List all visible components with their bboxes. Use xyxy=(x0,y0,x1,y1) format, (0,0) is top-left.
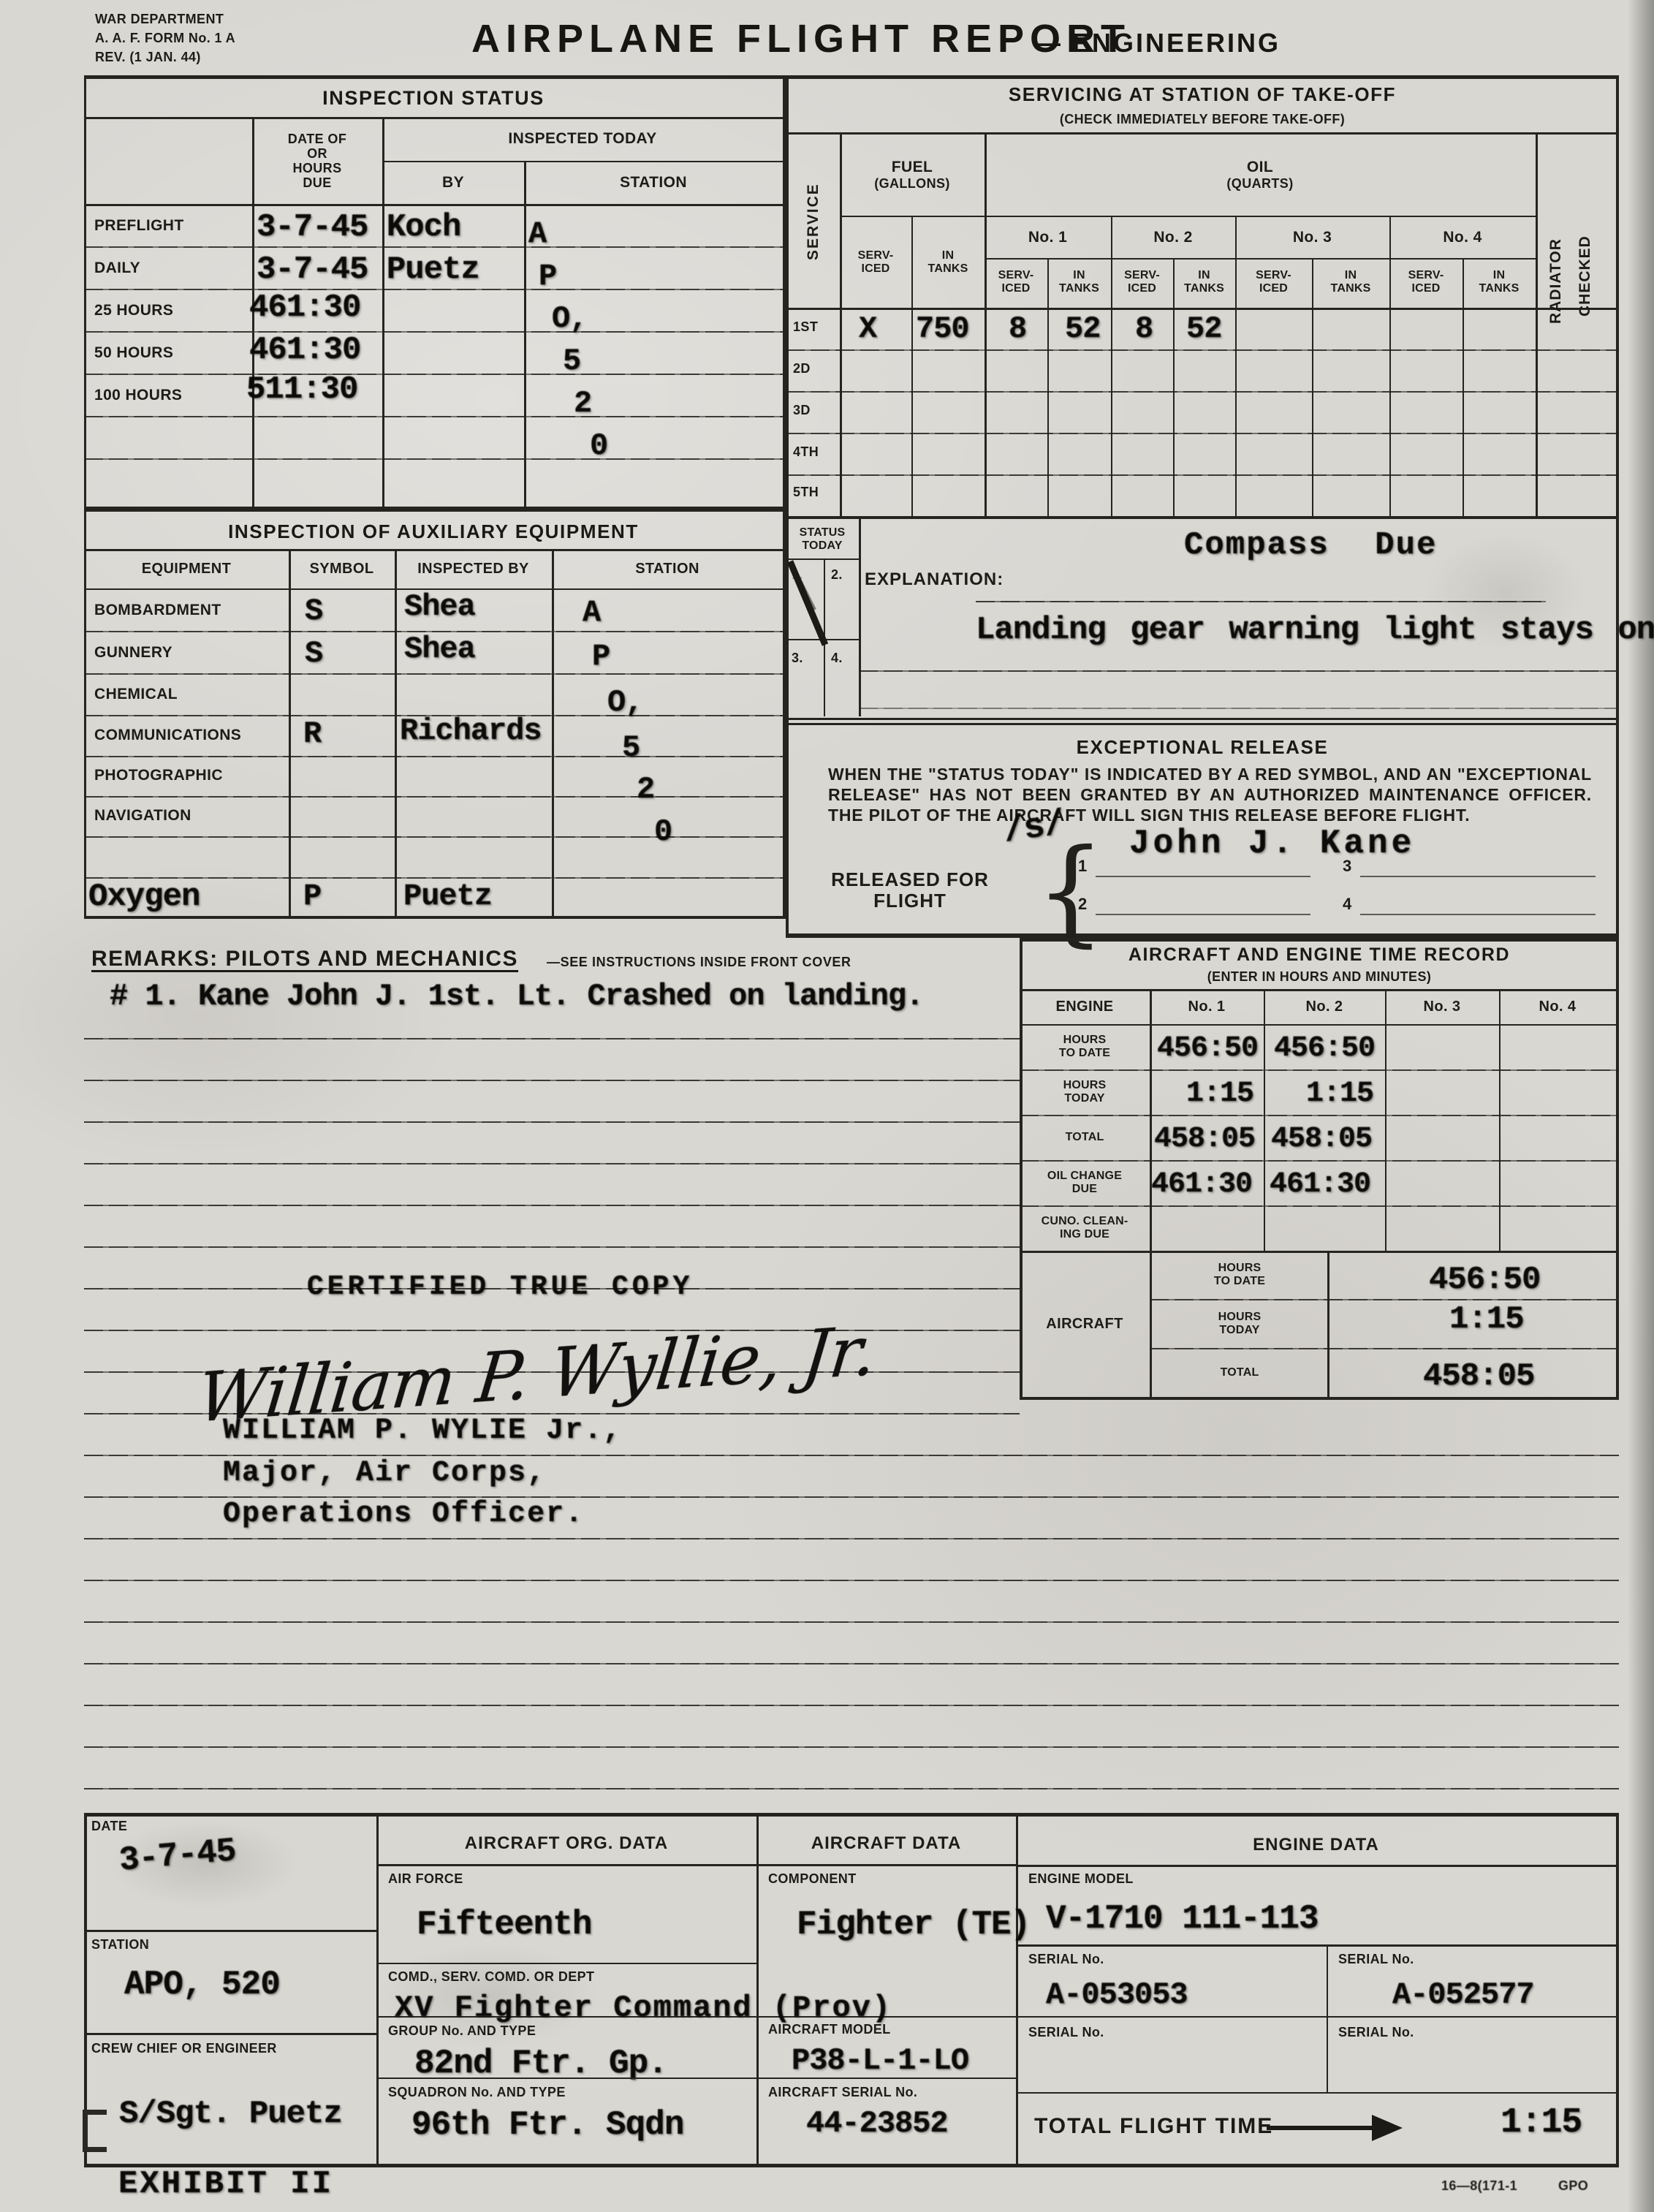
oil-no1-header: No. 1 xyxy=(985,219,1111,257)
station-label: STATION xyxy=(91,1937,149,1952)
aux-station-vertical-letter: P xyxy=(592,641,610,672)
engine-serial-4-label: SERIAL No. xyxy=(1338,2025,1414,2039)
engine-serial-2-label: SERIAL No. xyxy=(1338,1952,1414,1966)
certifier-rank: Major, Air Corps, xyxy=(223,1459,546,1488)
arrow-right-icon xyxy=(1372,2115,1403,2141)
station-vertical-letter: 0 xyxy=(590,431,607,461)
aux-station-vertical-letter: 5 xyxy=(622,732,640,763)
dept-line-3: REV. (1 JAN. 44) xyxy=(95,50,201,64)
row-label-50-hours: 50 HOURS xyxy=(94,344,173,362)
fuel-serviced-header: SERV-ICED xyxy=(840,221,911,303)
aux-header-station: STATION xyxy=(552,549,783,588)
aux-inspected-by-entry: Shea xyxy=(404,634,475,664)
total-flight-time-entry: 1:15 xyxy=(1501,2105,1582,2140)
oil1-serviced-header: SERV-ICED xyxy=(985,260,1047,305)
exceptional-release-body: WHEN THE "STATUS TODAY" IS INDICATED BY … xyxy=(828,764,1592,825)
air-force-label: AIR FORCE xyxy=(388,1871,463,1886)
corner-bracket-mark xyxy=(83,2110,107,2152)
comd-entry: XV Fighter Command (Prov) xyxy=(395,1993,892,2023)
total-engine2: 458:05 xyxy=(1271,1125,1372,1154)
arrow-right-icon xyxy=(1267,2126,1376,2130)
time-record-title: AIRCRAFT AND ENGINE TIME RECORD xyxy=(1020,944,1619,967)
release-line-4-number: 4 xyxy=(1343,895,1352,914)
aux-row-communications: COMMUNICATIONS xyxy=(94,727,241,744)
hours-to-date-engine1: 456:50 xyxy=(1157,1034,1258,1064)
explanation-label: EXPLANATION: xyxy=(865,570,1004,590)
oil2-serviced-entry: 8 xyxy=(1135,314,1153,344)
aux-row-navigation: NAVIGATION xyxy=(94,807,191,825)
row-hours-today-label: HOURSTODAY xyxy=(1020,1069,1150,1115)
aux-symbol-entry: P xyxy=(303,881,321,912)
aircraft-total-value: 458:05 xyxy=(1423,1360,1534,1393)
service-row-4th: 4TH xyxy=(793,444,819,459)
engine-serial-2-entry: A-052577 xyxy=(1392,1980,1534,2010)
form-page: WAR DEPARTMENT A. A. F. FORM No. 1 A REV… xyxy=(0,0,1654,2212)
aux-row-bombardment: BOMBARDMENT xyxy=(94,602,221,619)
col-header-inspected-today: INSPECTED TODAY xyxy=(382,117,783,161)
release-line-2-number: 2 xyxy=(1078,895,1088,914)
row-hours-to-date-label: HOURSTO DATE xyxy=(1020,1024,1150,1069)
aux-header-inspected-by: INSPECTED BY xyxy=(395,549,552,588)
row-cuno-cleaning-due-label: CUNO. CLEAN-ING DUE xyxy=(1020,1205,1150,1251)
engine-no2-header: No. 2 xyxy=(1264,989,1385,1024)
squadron-entry: 96th Ftr. Sqdn xyxy=(411,2108,683,2142)
oil3-in-tanks-header: INTANKS xyxy=(1312,260,1389,305)
station-vertical-letter: 5 xyxy=(563,346,580,376)
aux-row-chemical: CHEMICAL xyxy=(94,686,178,703)
scan-edge-shadow xyxy=(1628,0,1654,2212)
servicing-title: SERVICING AT STATION OF TAKE-OFF xyxy=(786,81,1619,107)
status-today-title: STATUSTODAY xyxy=(786,522,859,557)
aux-station-vertical-letter: 0 xyxy=(654,817,672,847)
exceptional-release-title: EXCEPTIONAL RELEASE xyxy=(786,735,1619,760)
signed-prefix: /s/ xyxy=(1001,806,1066,849)
time-record-table: AIRCRAFT AND ENGINE TIME RECORD (ENTER I… xyxy=(1020,938,1619,1400)
aux-row-photographic: PHOTOGRAPHIC xyxy=(94,767,223,784)
service-row-1st: 1ST xyxy=(793,319,818,334)
station-vertical-letter: A xyxy=(528,219,546,249)
aircraft-hours-to-date-value: 456:50 xyxy=(1429,1264,1540,1296)
exhibit-note: EXHIBIT II xyxy=(118,2168,333,2200)
engine-no3-header: No. 3 xyxy=(1385,989,1499,1024)
aux-header-equipment: EQUIPMENT xyxy=(84,549,289,588)
gpo-mark: GPO xyxy=(1558,2178,1588,2193)
remarks-subtitle: —SEE INSTRUCTIONS INSIDE FRONT COVER xyxy=(547,955,851,969)
aux-row-gunnery: GUNNERY xyxy=(94,644,172,662)
aircraft-hours-to-date-label: HOURSTO DATE xyxy=(1152,1251,1327,1299)
pilot-signature: John J. Kane xyxy=(1129,827,1415,860)
group-label: GROUP No. AND TYPE xyxy=(388,2023,536,2038)
service-row-3d: 3D xyxy=(793,403,811,417)
aux-inspected-by-entry: Puetz xyxy=(403,881,492,912)
row-total-label: TOTAL xyxy=(1020,1115,1150,1160)
status-today-section: STATUSTODAY 1. 2. 3. 4. EXPLANATION: Com… xyxy=(786,519,1619,726)
engine-serial-3-label: SERIAL No. xyxy=(1028,2025,1104,2039)
row-label-25-hours: 25 HOURS xyxy=(94,302,173,319)
squadron-label: SQUADRON No. AND TYPE xyxy=(388,2085,566,2099)
row-label-preflight: PREFLIGHT xyxy=(94,217,184,235)
oil4-in-tanks-header: INTANKS xyxy=(1463,260,1536,305)
print-code: 16—8(171-1 xyxy=(1441,2178,1517,2193)
page-title: AIRPLANE FLIGHT REPORT xyxy=(471,16,1131,61)
aux-symbol-entry: S xyxy=(305,596,322,626)
exceptional-release-section: EXCEPTIONAL RELEASE WHEN THE "STATUS TOD… xyxy=(786,726,1619,938)
oil2-in-tanks-entry: 52 xyxy=(1186,314,1221,344)
engine-model-label: ENGINE MODEL xyxy=(1028,1871,1134,1886)
station-vertical-letter: O, xyxy=(552,303,587,334)
aircraft-serial-entry: 44-23852 xyxy=(806,2108,948,2139)
crew-chief-label: CREW CHIEF OR ENGINEER xyxy=(91,2041,277,2056)
station-vertical-letter: P xyxy=(539,261,556,292)
col-header-station: STATION xyxy=(524,161,783,204)
inspection-status-title: INSPECTION STATUS xyxy=(84,83,783,115)
remarks-entry: # 1. Kane John J. 1st. Lt. Crashed on la… xyxy=(110,981,923,1012)
certifier-role: Operations Officer. xyxy=(223,1500,584,1529)
oil-no3-header: No. 3 xyxy=(1235,219,1389,257)
dept-line-1: WAR DEPARTMENT xyxy=(95,12,224,26)
25-hours-entry: 461:30 xyxy=(249,292,360,324)
oil3-serviced-header: SERV-ICED xyxy=(1235,260,1312,305)
service-row-5th: 5TH xyxy=(793,485,819,499)
station-vertical-letter: 2 xyxy=(574,388,591,419)
release-line-1-number: 1 xyxy=(1078,857,1088,876)
inspection-status-table: INSPECTION STATUS DATE OF OR HOURS DUE I… xyxy=(84,75,786,510)
release-line-3-number: 3 xyxy=(1343,857,1352,876)
aircraft-model-entry: P38-L-1-LO xyxy=(792,2045,968,2076)
oil2-in-tanks-header: INTANKS xyxy=(1173,260,1235,305)
radiator-checked-label: RADIATOR xyxy=(1547,148,1565,324)
org-data-header: AIRCRAFT ORG. DATA xyxy=(376,1826,756,1861)
date-label: DATE xyxy=(91,1819,127,1833)
brace-icon: { xyxy=(1036,834,1105,950)
time-record-subtitle: (ENTER IN HOURS AND MINUTES) xyxy=(1020,967,1619,986)
comd-label: COMD., SERV. COMD. OR DEPT xyxy=(388,1969,594,1984)
aux-header-symbol: SYMBOL xyxy=(289,549,395,588)
bottom-data-table: DATE 3-7-45 STATION APO, 520 CREW CHIEF … xyxy=(84,1813,1619,2167)
aux-row-oxygen-entry: Oxygen xyxy=(88,881,200,913)
certifier-name: WILLIAM P. WYLIE Jr., xyxy=(223,1417,622,1446)
row-label-100-hours: 100 HOURS xyxy=(94,387,182,404)
engine-no1-header: No. 1 xyxy=(1150,989,1264,1024)
aircraft-total-label: TOTAL xyxy=(1152,1348,1327,1397)
row-label-daily: DAILY xyxy=(94,260,140,277)
daily-entry: 3-7-45 Puetz xyxy=(257,254,479,286)
group-entry: 82nd Ftr. Gp. xyxy=(414,2047,667,2080)
total-engine1: 458:05 xyxy=(1154,1125,1255,1154)
air-force-entry: Fifteenth xyxy=(417,1908,591,1942)
component-label: COMPONENT xyxy=(768,1871,857,1886)
crew-chief-entry: S/Sgt. Puetz xyxy=(119,2098,342,2130)
engine-col-label: ENGINE xyxy=(1020,989,1150,1024)
row-oil-change-due-label: OIL CHANGEDUE xyxy=(1020,1160,1150,1205)
aircraft-serial-label: AIRCRAFT SERIAL No. xyxy=(768,2085,917,2099)
date-entry: 3-7-45 xyxy=(118,1834,237,1878)
station-entry: APO, 520 xyxy=(124,1968,280,2001)
oil1-serviced-entry: 8 xyxy=(1009,314,1026,344)
aircraft-hours-today-value: 1:15 xyxy=(1449,1303,1524,1336)
explanation-entry-2: Landing gear warning light stays on. xyxy=(976,614,1654,646)
aux-inspected-by-entry: Richards xyxy=(400,716,542,746)
engine-serial-1-label: SERIAL No. xyxy=(1028,1952,1104,1966)
aux-station-vertical-letter: O, xyxy=(607,687,642,718)
fuel-header: FUEL (GALLONS) xyxy=(840,143,985,207)
100-hours-entry: 511:30 xyxy=(246,374,357,406)
hours-today-engine2: 1:15 xyxy=(1306,1080,1373,1109)
certified-true-copy: CERTIFIED TRUE COPY xyxy=(307,1273,693,1301)
engine-data-header: ENGINE DATA xyxy=(1016,1829,1616,1861)
oil-no2-header: No. 2 xyxy=(1111,219,1235,257)
dept-line-2: A. A. F. FORM No. 1 A xyxy=(95,31,235,45)
aux-inspected-by-entry: Shea xyxy=(404,591,475,622)
oil2-serviced-header: SERV-ICED xyxy=(1111,260,1173,305)
page-title-suffix: — ENGINEERING xyxy=(1034,28,1281,58)
aux-symbol-entry: R xyxy=(303,719,321,749)
aircraft-block-label: AIRCRAFT xyxy=(1020,1251,1150,1397)
service-column-label: SERVICE xyxy=(792,141,835,302)
oil1-in-tanks-entry: 52 xyxy=(1065,314,1100,344)
status-slash-mark xyxy=(786,558,859,716)
fuel-in-tanks-header: INTANKS xyxy=(911,221,985,303)
hours-today-engine1: 1:15 xyxy=(1186,1080,1253,1109)
form-header: WAR DEPARTMENT A. A. F. FORM No. 1 A REV… xyxy=(0,0,1654,80)
aircraft-hours-today-label: HOURSTODAY xyxy=(1152,1299,1327,1348)
aux-symbol-entry: S xyxy=(305,638,322,669)
aux-title: INSPECTION OF AUXILIARY EQUIPMENT xyxy=(84,517,783,546)
oil-no4-header: No. 4 xyxy=(1389,219,1536,257)
col-header-by: BY xyxy=(382,161,524,204)
col-header-date-due: DATE OF OR HOURS DUE xyxy=(254,121,380,201)
oil-change-due-engine2: 461:30 xyxy=(1270,1170,1370,1200)
aircraft-data-header: AIRCRAFT DATA xyxy=(756,1826,1016,1861)
oil-header: OIL (QUARTS) xyxy=(985,143,1536,207)
engine-no4-header: No. 4 xyxy=(1499,989,1616,1024)
oil1-in-tanks-header: INTANKS xyxy=(1047,260,1111,305)
servicing-table: SERVICING AT STATION OF TAKE-OFF (CHECK … xyxy=(786,75,1619,519)
component-entry: Fighter (TE) xyxy=(797,1908,1030,1942)
explanation-entry-1: Compass Due xyxy=(1184,529,1437,561)
released-for-flight-label: RELEASED FORFLIGHT xyxy=(793,866,1027,914)
oil-change-due-engine1: 461:30 xyxy=(1151,1170,1252,1200)
total-flight-time-label: TOTAL FLIGHT TIME xyxy=(1034,2114,1273,2139)
hours-to-date-engine2: 456:50 xyxy=(1274,1034,1375,1064)
aux-station-vertical-letter: A xyxy=(583,597,600,628)
engine-model-entry: V-1710 111-113 xyxy=(1046,1902,1318,1936)
fuel-serviced-entry: X xyxy=(859,314,876,344)
radiator-checked-label: CHECKED xyxy=(1577,156,1594,317)
remarks-title: REMARKS: PILOTS AND MECHANICS xyxy=(91,947,518,971)
servicing-subtitle: (CHECK IMMEDIATELY BEFORE TAKE-OFF) xyxy=(786,109,1619,129)
service-row-2d: 2D xyxy=(793,361,811,376)
aux-station-vertical-letter: 2 xyxy=(637,774,654,805)
fuel-in-tanks-entry: 750 xyxy=(916,314,969,344)
50-hours-entry: 461:30 xyxy=(249,334,360,366)
auxiliary-equipment-table: INSPECTION OF AUXILIARY EQUIPMENT EQUIPM… xyxy=(84,510,786,919)
oil4-serviced-header: SERV-ICED xyxy=(1389,260,1463,305)
engine-serial-1-entry: A-053053 xyxy=(1046,1980,1188,2010)
preflight-entry: 3-7-45 Koch xyxy=(257,211,460,243)
